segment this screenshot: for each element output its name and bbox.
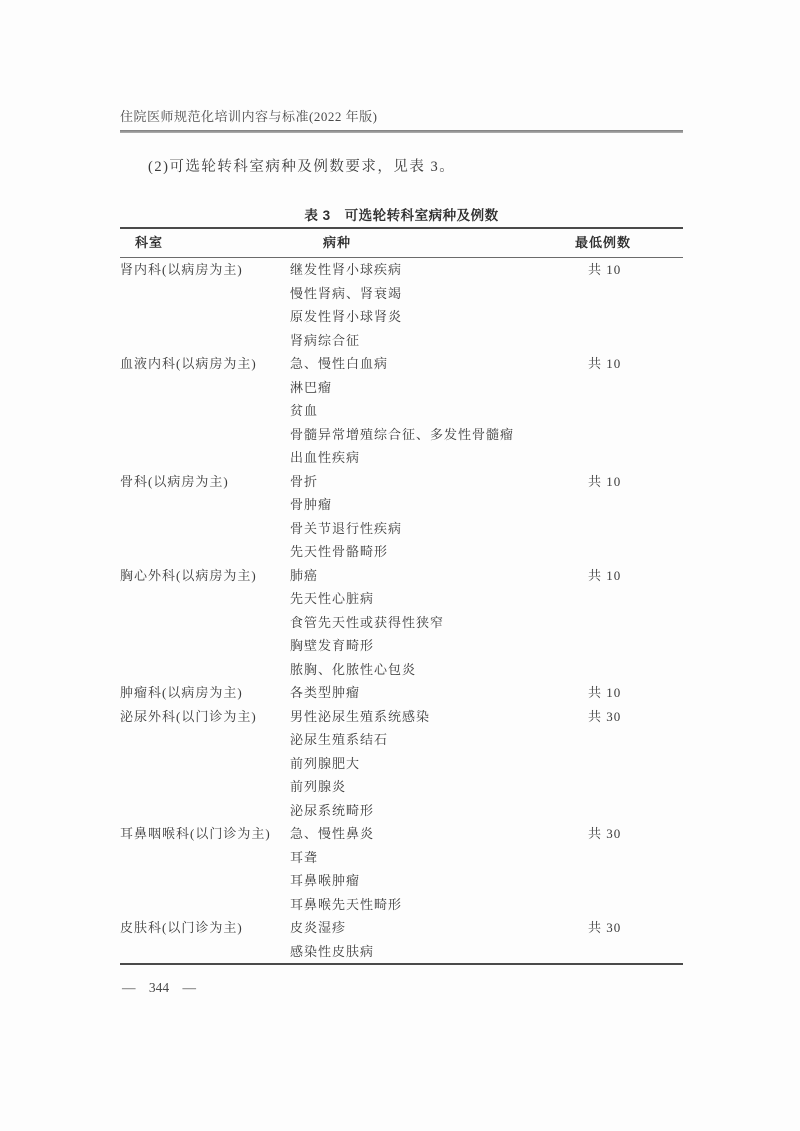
disease-cell: 贫血	[290, 399, 588, 423]
disease-cell: 急、慢性白血病	[290, 352, 588, 376]
table-row: 肾内科(以病房为主)继发性肾小球疾病共 10	[120, 258, 683, 282]
table-row: 淋巴瘤	[120, 376, 683, 400]
disease-cell: 慢性肾病、肾衰竭	[290, 282, 588, 306]
min-cases-cell	[588, 752, 683, 776]
min-cases-cell	[588, 611, 683, 635]
table-row: 皮肤科(以门诊为主)皮炎湿疹共 30	[120, 916, 683, 940]
column-header-min-cases: 最低例数	[575, 229, 631, 257]
department-cell	[120, 728, 290, 752]
document-page: 住院医师规范化培训内容与标准(2022 年版) (2)可选轮转科室病种及例数要求…	[0, 0, 800, 1131]
min-cases-cell	[588, 940, 683, 964]
department-cell	[120, 282, 290, 306]
min-cases-cell: 共 30	[588, 822, 683, 846]
min-cases-cell	[588, 517, 683, 541]
intro-paragraph: (2)可选轮转科室病种及例数要求，见表 3。	[148, 155, 683, 176]
department-cell: 肾内科(以病房为主)	[120, 258, 290, 282]
table-row: 骨髓异常增殖综合征、多发性骨髓瘤	[120, 423, 683, 447]
table-row: 慢性肾病、肾衰竭	[120, 282, 683, 306]
disease-cell: 骨肿瘤	[290, 493, 588, 517]
min-cases-cell: 共 10	[588, 352, 683, 376]
table-row: 前列腺炎	[120, 775, 683, 799]
table-row: 耳鼻喉先天性畸形	[120, 893, 683, 917]
disease-cell: 各类型肿瘤	[290, 681, 588, 705]
disease-cell: 继发性肾小球疾病	[290, 258, 588, 282]
department-cell	[120, 540, 290, 564]
table-row: 感染性皮肤病	[120, 940, 683, 964]
table-row: 原发性肾小球肾炎	[120, 305, 683, 329]
min-cases-cell	[588, 893, 683, 917]
disease-cell: 前列腺炎	[290, 775, 588, 799]
min-cases-cell	[588, 634, 683, 658]
department-cell	[120, 376, 290, 400]
disease-cell: 骨折	[290, 470, 588, 494]
department-cell	[120, 305, 290, 329]
department-cell	[120, 846, 290, 870]
department-cell	[120, 517, 290, 541]
min-cases-cell: 共 10	[588, 681, 683, 705]
department-cell	[120, 329, 290, 353]
department-cell	[120, 446, 290, 470]
disease-cell: 肾病综合征	[290, 329, 588, 353]
disease-cell: 泌尿生殖系结石	[290, 728, 588, 752]
table-row: 前列腺肥大	[120, 752, 683, 776]
table-row: 胸壁发育畸形	[120, 634, 683, 658]
table-row: 胸心外科(以病房为主)肺癌共 10	[120, 564, 683, 588]
disease-cell: 肺癌	[290, 564, 588, 588]
min-cases-cell	[588, 493, 683, 517]
min-cases-cell: 共 10	[588, 258, 683, 282]
min-cases-cell: 共 10	[588, 564, 683, 588]
department-cell: 肿瘤科(以病房为主)	[120, 681, 290, 705]
disease-cell: 男性泌尿生殖系统感染	[290, 705, 588, 729]
department-cell	[120, 587, 290, 611]
disease-cell: 食管先天性或获得性狭窄	[290, 611, 588, 635]
disease-cell: 泌尿系统畸形	[290, 799, 588, 823]
min-cases-cell	[588, 658, 683, 682]
department-cell: 骨科(以病房为主)	[120, 470, 290, 494]
column-header-department: 科室	[135, 229, 163, 257]
disease-cell: 急、慢性鼻炎	[290, 822, 588, 846]
running-head: 住院医师规范化培训内容与标准(2022 年版)	[120, 106, 683, 125]
department-cell: 泌尿外科(以门诊为主)	[120, 705, 290, 729]
header-rule	[120, 130, 683, 133]
table-row: 泌尿系统畸形	[120, 799, 683, 823]
min-cases-cell	[588, 282, 683, 306]
disease-cell: 前列腺肥大	[290, 752, 588, 776]
min-cases-cell	[588, 305, 683, 329]
department-cell	[120, 493, 290, 517]
table-header-row: 科室 病种 最低例数	[120, 227, 683, 258]
disease-cell: 皮炎湿疹	[290, 916, 588, 940]
min-cases-cell	[588, 846, 683, 870]
table-row: 先天性骨骼畸形	[120, 540, 683, 564]
department-cell	[120, 869, 290, 893]
table-body: 肾内科(以病房为主)继发性肾小球疾病共 10慢性肾病、肾衰竭原发性肾小球肾炎肾病…	[120, 258, 683, 965]
department-cell	[120, 634, 290, 658]
table-row: 耳鼻咽喉科(以门诊为主)急、慢性鼻炎共 30	[120, 822, 683, 846]
table: 科室 病种 最低例数 肾内科(以病房为主)继发性肾小球疾病共 10慢性肾病、肾衰…	[120, 227, 683, 965]
table-row: 泌尿生殖系结石	[120, 728, 683, 752]
department-cell	[120, 775, 290, 799]
disease-cell: 骨髓异常增殖综合征、多发性骨髓瘤	[290, 423, 588, 447]
min-cases-cell	[588, 799, 683, 823]
disease-cell: 感染性皮肤病	[290, 940, 588, 964]
min-cases-cell	[588, 329, 683, 353]
page-number: — 344 —	[122, 980, 196, 996]
disease-cell: 先天性骨骼畸形	[290, 540, 588, 564]
table-row: 骨科(以病房为主)骨折共 10	[120, 470, 683, 494]
min-cases-cell	[588, 775, 683, 799]
table-row: 骨关节退行性疾病	[120, 517, 683, 541]
disease-cell: 骨关节退行性疾病	[290, 517, 588, 541]
department-cell: 皮肤科(以门诊为主)	[120, 916, 290, 940]
min-cases-cell: 共 10	[588, 470, 683, 494]
department-cell: 耳鼻咽喉科(以门诊为主)	[120, 822, 290, 846]
table-row: 脓胸、化脓性心包炎	[120, 658, 683, 682]
table-row: 血液内科(以病房为主)急、慢性白血病共 10	[120, 352, 683, 376]
department-cell	[120, 940, 290, 964]
min-cases-cell	[588, 728, 683, 752]
disease-cell: 脓胸、化脓性心包炎	[290, 658, 588, 682]
department-cell	[120, 893, 290, 917]
department-cell	[120, 611, 290, 635]
department-cell	[120, 752, 290, 776]
table-row: 耳鼻喉肿瘤	[120, 869, 683, 893]
table-row: 泌尿外科(以门诊为主)男性泌尿生殖系统感染共 30	[120, 705, 683, 729]
min-cases-cell: 共 30	[588, 916, 683, 940]
table-row: 食管先天性或获得性狭窄	[120, 611, 683, 635]
department-cell	[120, 799, 290, 823]
column-header-disease: 病种	[323, 229, 351, 257]
department-cell: 胸心外科(以病房为主)	[120, 564, 290, 588]
min-cases-cell	[588, 540, 683, 564]
disease-cell: 耳鼻喉肿瘤	[290, 869, 588, 893]
disease-cell: 原发性肾小球肾炎	[290, 305, 588, 329]
disease-cell: 淋巴瘤	[290, 376, 588, 400]
min-cases-cell	[588, 399, 683, 423]
table-row: 骨肿瘤	[120, 493, 683, 517]
disease-cell: 耳聋	[290, 846, 588, 870]
table-row: 出血性疾病	[120, 446, 683, 470]
table-row: 肿瘤科(以病房为主)各类型肿瘤共 10	[120, 681, 683, 705]
department-cell	[120, 423, 290, 447]
min-cases-cell	[588, 446, 683, 470]
min-cases-cell	[588, 587, 683, 611]
disease-cell: 胸壁发育畸形	[290, 634, 588, 658]
min-cases-cell	[588, 423, 683, 447]
table-row: 肾病综合征	[120, 329, 683, 353]
department-cell: 血液内科(以病房为主)	[120, 352, 290, 376]
department-cell	[120, 658, 290, 682]
table-row: 耳聋	[120, 846, 683, 870]
min-cases-cell: 共 30	[588, 705, 683, 729]
table-row: 贫血	[120, 399, 683, 423]
table-row: 先天性心脏病	[120, 587, 683, 611]
min-cases-cell	[588, 376, 683, 400]
min-cases-cell	[588, 869, 683, 893]
table-title: 表 3 可选轮转科室病种及例数	[120, 204, 683, 224]
disease-cell: 先天性心脏病	[290, 587, 588, 611]
department-cell	[120, 399, 290, 423]
disease-cell: 耳鼻喉先天性畸形	[290, 893, 588, 917]
disease-cell: 出血性疾病	[290, 446, 588, 470]
